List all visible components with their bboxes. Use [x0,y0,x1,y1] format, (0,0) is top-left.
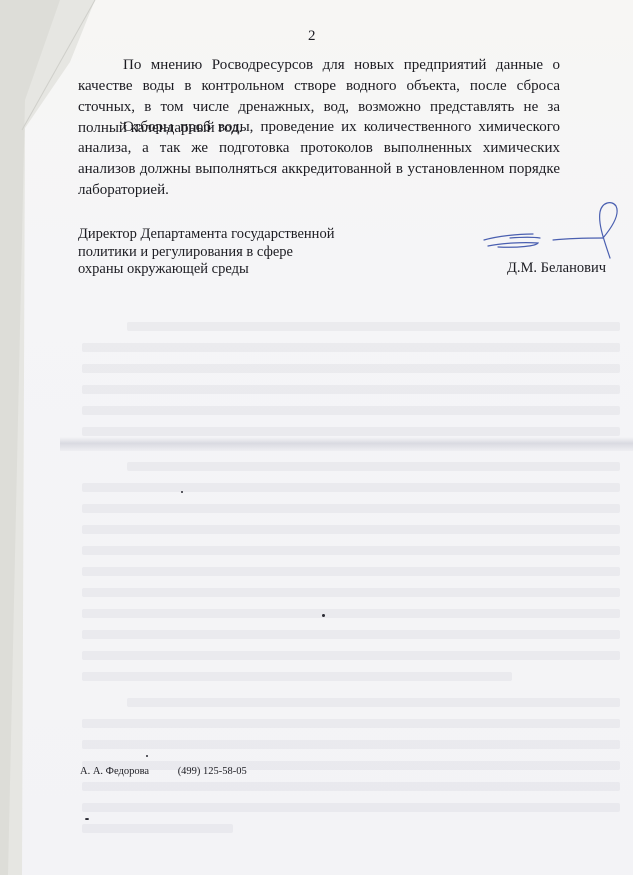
signatory-title-line: охраны окружающей среды [78,261,334,279]
bleed-through-text [82,322,620,448]
page-number: 2 [308,28,316,45]
signatory-title-line: Директор Департамента государственной [78,226,334,244]
signatory-title-line: политики и регулирования в сфере [78,244,334,262]
executor-phone: (499) 125-58-05 [178,766,247,777]
scan-speck [85,818,89,820]
scanned-page: 2 По мнению Росводресурсов для новых пре… [0,0,633,875]
paper-crease [60,437,633,451]
scan-speck [181,491,183,493]
executor-line: А. А. Федорова (499) 125-58-05 [80,766,247,777]
signatory-title: Директор Департамента государственной по… [78,226,334,279]
signatory-name: Д.М. Беланович [507,260,606,277]
executor-name: А. А. Федорова [80,766,149,777]
bleed-through-text [82,462,620,693]
scan-speck [322,614,325,617]
scan-speck [146,755,148,757]
paragraph-sampling-lab: Отборы проб воды, проведение их количест… [78,117,560,201]
